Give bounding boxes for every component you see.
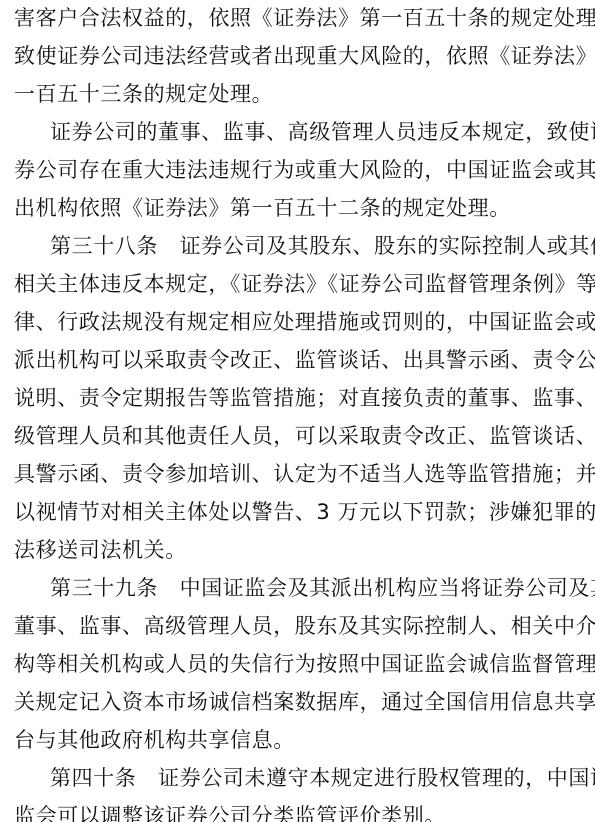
- text-line: 董事、监事、高级管理人员，股东及其实际控制人、相关中介机: [14, 612, 589, 640]
- text-line: 券公司存在重大违法违规行为或重大风险的，中国证监会或其派: [14, 156, 589, 184]
- text-line: 监会可以调整该证券公司分类监管评价类别。: [14, 802, 589, 822]
- document-page: 害客户合法权益的，依照《证券法》第一百五十条的规定处理； 致使证券公司违法经营或…: [0, 0, 595, 822]
- text-line: 具警示函、责令参加培训、认定为不适当人选等监管措施；并可: [14, 460, 589, 488]
- text-line: 以视情节对相关主体处以警告、3 万元以下罚款；涉嫌犯罪的，依: [14, 498, 589, 526]
- text-line: 法移送司法机关。: [14, 536, 589, 564]
- text-line: 一百五十三条的规定处理。: [14, 80, 589, 108]
- text-line: 出机构依照《证券法》第一百五十二条的规定处理。: [14, 194, 589, 222]
- text-line: 律、行政法规没有规定相应处理措施或罚则的，中国证监会或其: [14, 308, 589, 336]
- text-line: 说明、责令定期报告等监管措施；对直接负责的董事、监事、高: [14, 384, 589, 412]
- text-line: 台与其他政府机构共享信息。: [14, 726, 589, 754]
- text-line: 害客户合法权益的，依照《证券法》第一百五十条的规定处理；: [14, 4, 589, 32]
- text-line: 关规定记入资本市场诚信档案数据库，通过全国信用信息共享平: [14, 688, 589, 716]
- text-line: 派出机构可以采取责令改正、监管谈话、出具警示函、责令公开: [14, 346, 589, 374]
- text-line: 相关主体违反本规定，《证券法》《证券公司监督管理条例》等法: [14, 270, 589, 298]
- text-line: 构等相关机构或人员的失信行为按照中国证监会诚信监督管理相: [14, 650, 589, 678]
- article-40-heading-line: 第四十条 证券公司未遵守本规定进行股权管理的，中国证: [50, 764, 590, 792]
- paragraph-start-line: 证券公司的董事、监事、高级管理人员违反本规定，致使证: [50, 118, 590, 146]
- article-38-heading-line: 第三十八条 证券公司及其股东、股东的实际控制人或其他: [50, 232, 590, 260]
- text-line: 级管理人员和其他责任人员，可以采取责令改正、监管谈话、出: [14, 422, 589, 450]
- text-line: 致使证券公司违法经营或者出现重大风险的，依照《证券法》第: [14, 42, 589, 70]
- article-39-heading-line: 第三十九条 中国证监会及其派出机构应当将证券公司及其: [50, 574, 590, 602]
